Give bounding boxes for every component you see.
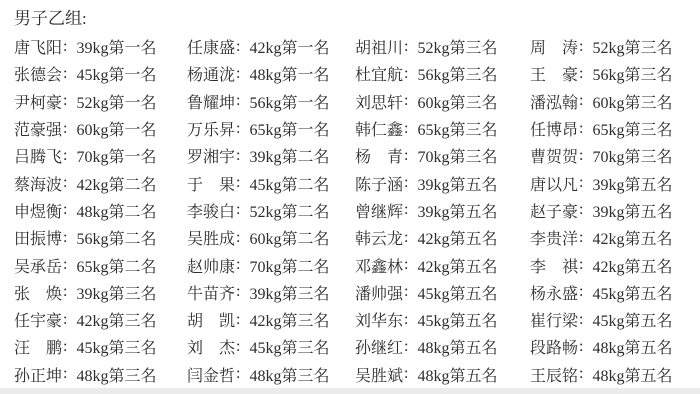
weight-rank-result: 45kg第五名 xyxy=(417,308,497,331)
athlete-name: 胡凯 xyxy=(187,308,235,331)
athlete-name: 韩云龙 xyxy=(355,226,403,249)
weight-rank-result: 42kg第三名 xyxy=(76,308,156,331)
result-entry: 蔡海波:42kg第二名 xyxy=(14,169,187,196)
colon-separator: : xyxy=(63,256,67,274)
result-entry: 赵帅康:70kg第二名 xyxy=(187,251,355,278)
weight-rank-result: 70kg第三名 xyxy=(417,144,497,167)
weight-rank-result: 39kg第五名 xyxy=(417,199,497,222)
result-entry: 张焕:39kg第三名 xyxy=(14,279,187,306)
weight-rank-result: 45kg第三名 xyxy=(249,335,329,358)
weight-rank-result: 52kg第三名 xyxy=(592,35,672,58)
weight-rank-result: 45kg第五名 xyxy=(592,281,672,304)
results-column-1: 唐飞阳:39kg第一名张德会:45kg第一名尹柯豪:52kg第一名范豪强:60k… xyxy=(14,33,187,388)
weight-rank-result: 48kg第三名 xyxy=(76,363,156,386)
colon-separator: : xyxy=(236,38,240,56)
athlete-name: 王豪 xyxy=(530,62,578,85)
athlete-name: 李祺 xyxy=(530,254,578,277)
colon-separator: : xyxy=(579,38,583,56)
colon-separator: : xyxy=(63,201,67,219)
result-entry: 杨永盛:45kg第五名 xyxy=(530,279,690,306)
weight-rank-result: 45kg第一名 xyxy=(76,62,156,85)
weight-rank-result: 60kg第二名 xyxy=(249,226,329,249)
athlete-name: 任宇豪 xyxy=(14,308,62,331)
weight-rank-result: 42kg第五名 xyxy=(417,226,497,249)
colon-separator: : xyxy=(579,201,583,219)
athlete-name: 杨青 xyxy=(355,144,403,167)
result-entry: 杨通泷:48kg第一名 xyxy=(187,60,355,87)
weight-rank-result: 56kg第一名 xyxy=(249,90,329,113)
athlete-name: 吴承岳 xyxy=(14,254,62,277)
athlete-name: 杨通泷 xyxy=(187,62,235,85)
colon-separator: : xyxy=(579,147,583,165)
colon-separator: : xyxy=(404,229,408,247)
colon-separator: : xyxy=(63,365,67,383)
colon-separator: : xyxy=(404,365,408,383)
result-entry: 唐以凡:39kg第五名 xyxy=(530,169,690,196)
colon-separator: : xyxy=(236,365,240,383)
results-column-2: 任康盛:42kg第一名杨通泷:48kg第一名鲁耀坤:56kg第一名万乐昇:65k… xyxy=(187,33,355,388)
weight-rank-result: 42kg第五名 xyxy=(592,226,672,249)
result-entry: 胡祖川:52kg第三名 xyxy=(355,33,530,60)
colon-separator: : xyxy=(404,38,408,56)
weight-rank-result: 65kg第一名 xyxy=(249,117,329,140)
result-entry: 刘思轩:60kg第三名 xyxy=(355,88,530,115)
athlete-name: 罗湘宇 xyxy=(187,144,235,167)
result-entry: 闫金哲:48kg第三名 xyxy=(187,361,355,388)
weight-rank-result: 70kg第三名 xyxy=(592,144,672,167)
athlete-name: 刘杰 xyxy=(187,335,235,358)
athlete-name: 赵帅康 xyxy=(187,254,235,277)
result-entry: 任博昂:65kg第三名 xyxy=(530,115,690,142)
weight-rank-result: 39kg第二名 xyxy=(249,144,329,167)
colon-separator: : xyxy=(579,65,583,83)
athlete-name: 潘帅强 xyxy=(355,281,403,304)
colon-separator: : xyxy=(63,283,67,301)
result-entry: 韩云龙:42kg第五名 xyxy=(355,224,530,251)
colon-separator: : xyxy=(63,311,67,329)
athlete-name: 王辰铭 xyxy=(530,363,578,386)
colon-separator: : xyxy=(236,256,240,274)
athlete-name: 汪鹏 xyxy=(14,335,62,358)
colon-separator: : xyxy=(63,65,67,83)
result-entry: 王豪:56kg第三名 xyxy=(530,60,690,87)
result-entry: 任康盛:42kg第一名 xyxy=(187,33,355,60)
colon-separator: : xyxy=(404,92,408,110)
athlete-name: 曾继辉 xyxy=(355,199,403,222)
colon-separator: : xyxy=(236,174,240,192)
weight-rank-result: 48kg第五名 xyxy=(592,335,672,358)
weight-rank-result: 42kg第五名 xyxy=(592,254,672,277)
athlete-name: 周涛 xyxy=(530,35,578,58)
result-entry: 鲁耀坤:56kg第一名 xyxy=(187,88,355,115)
result-entry: 崔行梁:45kg第五名 xyxy=(530,306,690,333)
athlete-name: 胡祖川 xyxy=(355,35,403,58)
results-columns: 唐飞阳:39kg第一名张德会:45kg第一名尹柯豪:52kg第一名范豪强:60k… xyxy=(14,33,690,388)
result-entry: 陈子涵:39kg第五名 xyxy=(355,169,530,196)
weight-rank-result: 65kg第三名 xyxy=(417,117,497,140)
athlete-name: 万乐昇 xyxy=(187,117,235,140)
weight-rank-result: 52kg第二名 xyxy=(249,199,329,222)
result-entry: 李贵洋:42kg第五名 xyxy=(530,224,690,251)
weight-rank-result: 48kg第五名 xyxy=(592,363,672,386)
colon-separator: : xyxy=(404,311,408,329)
athlete-name: 吴胜成 xyxy=(187,226,235,249)
athlete-name: 尹柯豪 xyxy=(14,90,62,113)
athlete-name: 孙正坤 xyxy=(14,363,62,386)
group-title: 男子乙组: xyxy=(14,9,87,29)
athlete-name: 韩仁鑫 xyxy=(355,117,403,140)
colon-separator: : xyxy=(579,311,583,329)
colon-separator: : xyxy=(579,283,583,301)
colon-separator: : xyxy=(63,120,67,138)
colon-separator: : xyxy=(404,256,408,274)
colon-separator: : xyxy=(579,256,583,274)
weight-rank-result: 48kg第二名 xyxy=(76,199,156,222)
colon-separator: : xyxy=(579,365,583,383)
athlete-name: 陈子涵 xyxy=(355,172,403,195)
weight-rank-result: 45kg第五名 xyxy=(592,308,672,331)
colon-separator: : xyxy=(404,201,408,219)
result-entry: 潘帅强:45kg第五名 xyxy=(355,279,530,306)
athlete-name: 田振博 xyxy=(14,226,62,249)
colon-separator: : xyxy=(404,65,408,83)
athlete-name: 李骏白 xyxy=(187,199,235,222)
colon-separator: : xyxy=(236,120,240,138)
result-entry: 李骏白:52kg第二名 xyxy=(187,197,355,224)
athlete-name: 唐飞阳 xyxy=(14,35,62,58)
athlete-name: 张焕 xyxy=(14,281,62,304)
colon-separator: : xyxy=(404,283,408,301)
results-column-3: 胡祖川:52kg第三名杜宜航:56kg第三名刘思轩:60kg第三名韩仁鑫:65k… xyxy=(355,33,530,388)
weight-rank-result: 42kg第三名 xyxy=(249,308,329,331)
colon-separator: : xyxy=(404,338,408,356)
result-entry: 吴胜成:60kg第二名 xyxy=(187,224,355,251)
athlete-name: 鲁耀坤 xyxy=(187,90,235,113)
colon-separator: : xyxy=(579,174,583,192)
result-entry: 韩仁鑫:65kg第三名 xyxy=(355,115,530,142)
athlete-name: 于果 xyxy=(187,172,235,195)
result-entry: 王辰铭:48kg第五名 xyxy=(530,361,690,388)
colon-separator: : xyxy=(236,65,240,83)
result-entry: 邓鑫林:42kg第五名 xyxy=(355,251,530,278)
athlete-name: 申煜衡 xyxy=(14,199,62,222)
athlete-name: 曹贺贺 xyxy=(530,144,578,167)
result-entry: 周涛:52kg第三名 xyxy=(530,33,690,60)
colon-separator: : xyxy=(236,311,240,329)
result-entry: 于果:45kg第二名 xyxy=(187,169,355,196)
weight-rank-result: 42kg第五名 xyxy=(417,254,497,277)
weight-rank-result: 48kg第五名 xyxy=(417,363,497,386)
colon-separator: : xyxy=(63,38,67,56)
athlete-name: 闫金哲 xyxy=(187,363,235,386)
weight-rank-result: 56kg第二名 xyxy=(76,226,156,249)
result-entry: 吴胜斌:48kg第五名 xyxy=(355,361,530,388)
weight-rank-result: 60kg第一名 xyxy=(76,117,156,140)
athlete-name: 邓鑫林 xyxy=(355,254,403,277)
athlete-name: 吴胜斌 xyxy=(355,363,403,386)
athlete-name: 吕腾飞 xyxy=(14,144,62,167)
athlete-name: 刘思轩 xyxy=(355,90,403,113)
result-entry: 吴承岳:65kg第二名 xyxy=(14,251,187,278)
result-entry: 任宇豪:42kg第三名 xyxy=(14,306,187,333)
weight-rank-result: 39kg第五名 xyxy=(592,199,672,222)
weight-rank-result: 56kg第三名 xyxy=(417,62,497,85)
weight-rank-result: 42kg第一名 xyxy=(249,35,329,58)
result-entry: 李祺:42kg第五名 xyxy=(530,251,690,278)
athlete-name: 范豪强 xyxy=(14,117,62,140)
athlete-name: 崔行梁 xyxy=(530,308,578,331)
colon-separator: : xyxy=(404,147,408,165)
athlete-name: 蔡海波 xyxy=(14,172,62,195)
colon-separator: : xyxy=(63,174,67,192)
athlete-name: 刘华东 xyxy=(355,308,403,331)
result-entry: 万乐昇:65kg第一名 xyxy=(187,115,355,142)
colon-separator: : xyxy=(63,338,67,356)
colon-separator: : xyxy=(63,147,67,165)
result-entry: 曹贺贺:70kg第三名 xyxy=(530,142,690,169)
result-entry: 胡凯:42kg第三名 xyxy=(187,306,355,333)
colon-separator: : xyxy=(236,283,240,301)
weight-rank-result: 39kg第一名 xyxy=(76,35,156,58)
result-entry: 田振博:56kg第二名 xyxy=(14,224,187,251)
result-entry: 赵子豪:39kg第五名 xyxy=(530,197,690,224)
result-entry: 张德会:45kg第一名 xyxy=(14,60,187,87)
colon-separator: : xyxy=(236,201,240,219)
result-entry: 申煜衡:48kg第二名 xyxy=(14,197,187,224)
colon-separator: : xyxy=(579,229,583,247)
weight-rank-result: 39kg第三名 xyxy=(249,281,329,304)
weight-rank-result: 70kg第二名 xyxy=(249,254,329,277)
colon-separator: : xyxy=(579,92,583,110)
athlete-name: 潘泓翰 xyxy=(530,90,578,113)
athlete-name: 杨永盛 xyxy=(530,281,578,304)
weight-rank-result: 48kg第五名 xyxy=(417,335,497,358)
result-entry: 孙正坤:48kg第三名 xyxy=(14,361,187,388)
colon-separator: : xyxy=(236,229,240,247)
weight-rank-result: 60kg第三名 xyxy=(592,90,672,113)
result-entry: 潘泓翰:60kg第三名 xyxy=(530,88,690,115)
weight-rank-result: 52kg第三名 xyxy=(417,35,497,58)
result-entry: 杨青:70kg第三名 xyxy=(355,142,530,169)
weight-rank-result: 39kg第五名 xyxy=(592,172,672,195)
athlete-name: 赵子豪 xyxy=(530,199,578,222)
athlete-name: 李贵洋 xyxy=(530,226,578,249)
result-entry: 范豪强:60kg第一名 xyxy=(14,115,187,142)
colon-separator: : xyxy=(236,92,240,110)
weight-rank-result: 52kg第一名 xyxy=(76,90,156,113)
colon-separator: : xyxy=(579,338,583,356)
result-entry: 尹柯豪:52kg第一名 xyxy=(14,88,187,115)
weight-rank-result: 39kg第五名 xyxy=(417,172,497,195)
weight-rank-result: 39kg第三名 xyxy=(76,281,156,304)
weight-rank-result: 42kg第二名 xyxy=(76,172,156,195)
athlete-name: 牛苗齐 xyxy=(187,281,235,304)
weight-rank-result: 56kg第三名 xyxy=(592,62,672,85)
colon-separator: : xyxy=(236,147,240,165)
colon-separator: : xyxy=(579,120,583,138)
weight-rank-result: 48kg第三名 xyxy=(249,363,329,386)
athlete-name: 任康盛 xyxy=(187,35,235,58)
result-entry: 唐飞阳:39kg第一名 xyxy=(14,33,187,60)
weight-rank-result: 70kg第一名 xyxy=(76,144,156,167)
bottom-edge-strip xyxy=(0,388,700,394)
result-entry: 汪鹏:45kg第三名 xyxy=(14,333,187,360)
weight-rank-result: 45kg第三名 xyxy=(76,335,156,358)
result-entry: 曾继辉:39kg第五名 xyxy=(355,197,530,224)
colon-separator: : xyxy=(236,338,240,356)
weight-rank-result: 45kg第二名 xyxy=(249,172,329,195)
athlete-name: 孙继红 xyxy=(355,335,403,358)
athlete-name: 任博昂 xyxy=(530,117,578,140)
colon-separator: : xyxy=(63,92,67,110)
results-column-4: 周涛:52kg第三名王豪:56kg第三名潘泓翰:60kg第三名任博昂:65kg第… xyxy=(530,33,690,388)
athlete-name: 张德会 xyxy=(14,62,62,85)
result-entry: 刘杰:45kg第三名 xyxy=(187,333,355,360)
athlete-name: 杜宜航 xyxy=(355,62,403,85)
weight-rank-result: 65kg第三名 xyxy=(592,117,672,140)
result-entry: 杜宜航:56kg第三名 xyxy=(355,60,530,87)
colon-separator: : xyxy=(404,120,408,138)
result-entry: 孙继红:48kg第五名 xyxy=(355,333,530,360)
result-entry: 段路畅:48kg第五名 xyxy=(530,333,690,360)
weight-rank-result: 45kg第五名 xyxy=(417,281,497,304)
result-entry: 牛苗齐:39kg第三名 xyxy=(187,279,355,306)
weight-rank-result: 65kg第二名 xyxy=(76,254,156,277)
athlete-name: 唐以凡 xyxy=(530,172,578,195)
colon-separator: : xyxy=(404,174,408,192)
athlete-name: 段路畅 xyxy=(530,335,578,358)
result-entry: 罗湘宇:39kg第二名 xyxy=(187,142,355,169)
weight-rank-result: 60kg第三名 xyxy=(417,90,497,113)
weight-rank-result: 48kg第一名 xyxy=(249,62,329,85)
result-entry: 吕腾飞:70kg第一名 xyxy=(14,142,187,169)
colon-separator: : xyxy=(63,229,67,247)
result-entry: 刘华东:45kg第五名 xyxy=(355,306,530,333)
